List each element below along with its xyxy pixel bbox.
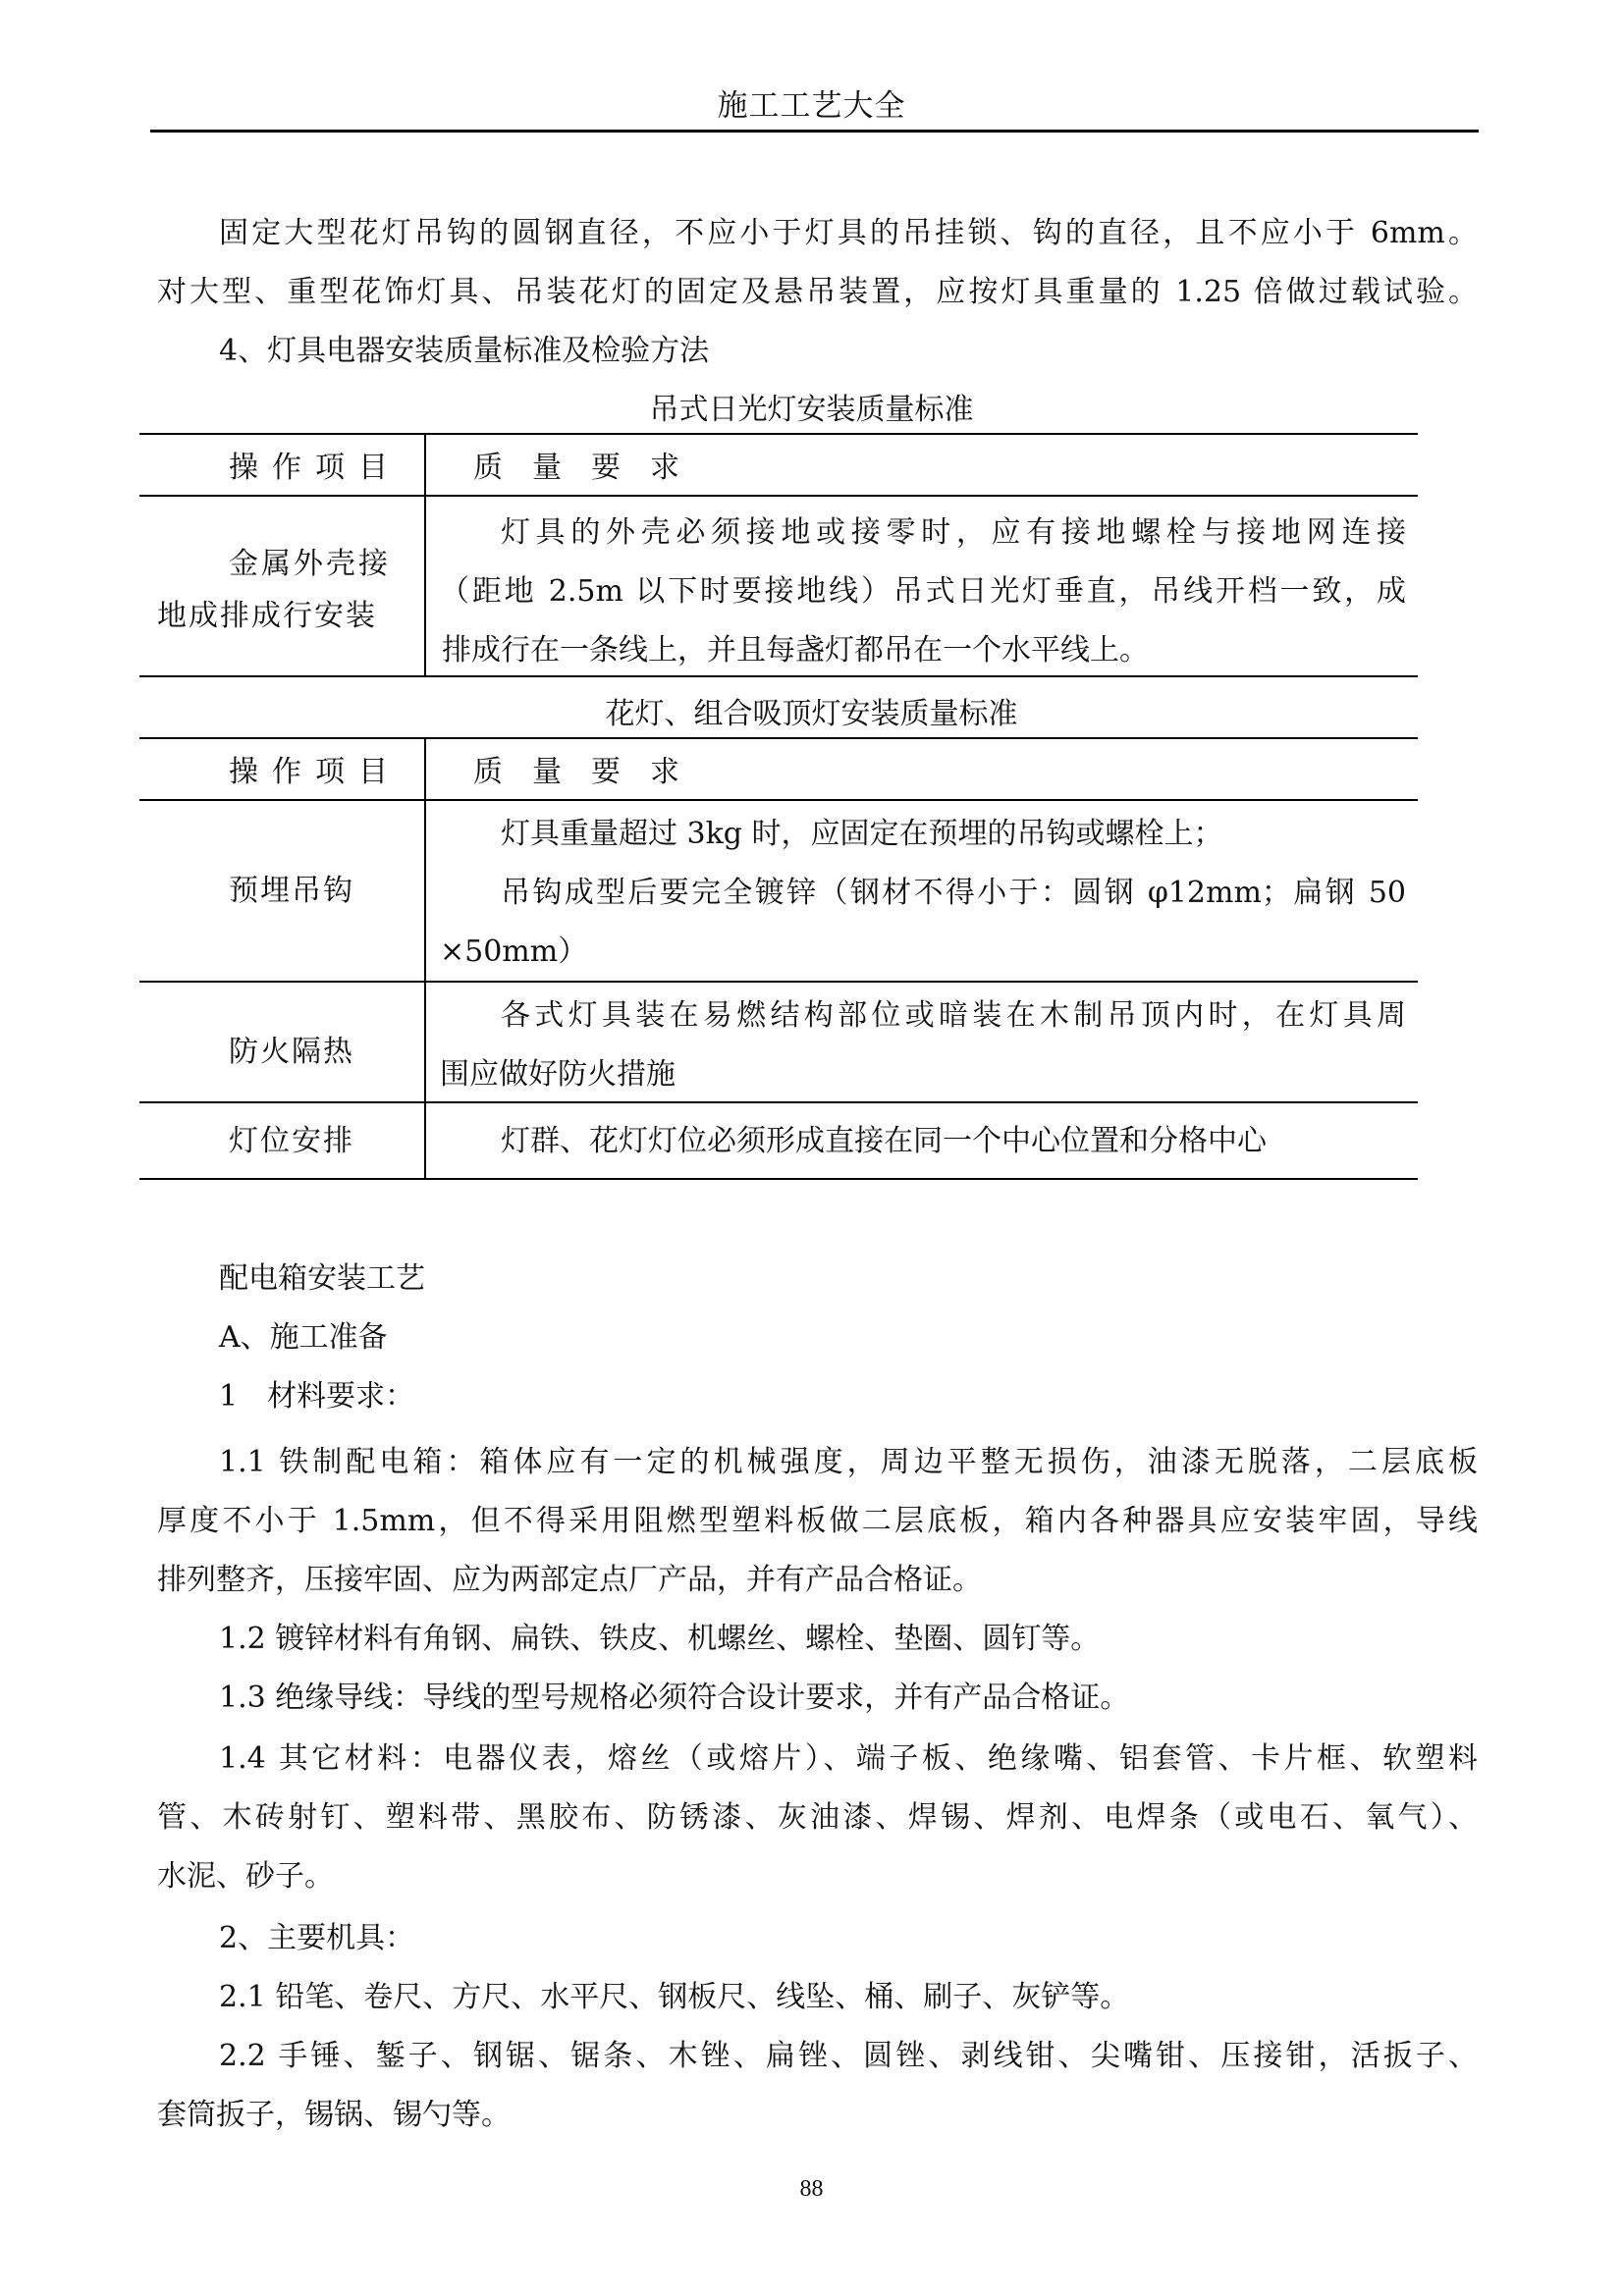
paragraph-line: 1.4 其它材料：电器仪表，熔丝（或熔片）、端子板、绝缘嘴、铝套管、卡片框、软塑…: [219, 1739, 1478, 1779]
column-divider: [424, 433, 426, 677]
paragraph-line: 厚度不小于 1.5mm，但不得采用阻燃型塑料板做二层底板，箱内各种器具应安装牢固…: [157, 1502, 1478, 1541]
table-rule: [139, 495, 1418, 497]
row-requirement-line: 灯具的外壳必须接地或接零时，应有接地螺栓与接地网连接: [501, 513, 1406, 553]
paragraph-line: 2.2 手锤、錾子、钢锯、锯条、木锉、扁锉、圆锉、剥线钳、尖嘴钳、压接钳，活扳子…: [219, 2037, 1478, 2076]
table-header-requirement: 质量要求: [473, 753, 709, 792]
table-rule: [139, 737, 1418, 739]
paragraph-line: 管、木砖射钉、塑料带、黑胶布、防锈漆、灰油漆、焊锡、焊剂、电焊条（或电石、氧气）…: [157, 1798, 1478, 1838]
row-requirement-line: 灯具重量超过 3kg 时，应固定在预埋的吊钩或螺栓上；: [501, 815, 1223, 854]
subsection-heading: A、施工准备: [219, 1318, 388, 1358]
table-rule: [139, 675, 1418, 677]
row-item-label: 防火隔热: [229, 1033, 354, 1072]
table-rule: [139, 799, 1418, 801]
row-requirement-line: 围应做好防火措施: [440, 1055, 676, 1095]
row-requirement-line: 各式灯具装在易燃结构部位或暗装在木制吊顶内时，在灯具周: [501, 996, 1406, 1036]
paragraph-line: 水泥、砂子。: [157, 1857, 334, 1896]
column-divider: [424, 737, 426, 1180]
table-caption: 花灯、组合吸顶灯安装质量标准: [0, 695, 1623, 734]
paragraph-line: 1.3 绝缘导线：导线的型号规格必须符合设计要求，并有产品合格证。: [219, 1679, 1129, 1718]
row-item-label: 预埋吊钩: [229, 872, 354, 911]
row-requirement-line: 排成行在一条线上，并且每盏灯都吊在一个水平线上。: [442, 631, 1149, 670]
row-item-label: 地成排成行安装: [157, 597, 377, 636]
table-rule: [139, 1178, 1418, 1180]
document-page: 施工工艺大全 固定大型花灯吊钩的圆钢直径，不应小于灯具的吊挂锁、钩的直径，且不应…: [0, 0, 1623, 2296]
paragraph-line: 1.2 镀锌材料有角钢、扁铁、铁皮、机螺丝、螺栓、垫圈、圆钉等。: [219, 1620, 1100, 1659]
table-rule: [139, 433, 1418, 435]
row-item-label: 金属外壳接: [229, 545, 391, 584]
table-caption: 吊式日光灯安装质量标准: [0, 391, 1623, 430]
intro-paragraph-line: 对大型、重型花饰灯具、吊装花灯的固定及悬吊装置，应按灯具重量的 1.25 倍做过…: [157, 273, 1478, 312]
paragraph-line: 排列整齐，压接牢固、应为两部定点厂产品，并有产品合格证。: [157, 1561, 982, 1600]
section-heading: 4、灯具电器安装质量标准及检验方法: [219, 332, 709, 371]
row-item-label: 灯位安排: [229, 1122, 354, 1161]
row-requirement-line: ×50mm）: [440, 933, 587, 972]
section-title: 配电箱安装工艺: [219, 1259, 425, 1299]
header-rule: [150, 130, 1479, 133]
item-heading: 1 材料要求：: [219, 1377, 414, 1416]
table-rule: [139, 1101, 1418, 1103]
page-number: 88: [0, 2174, 1623, 2204]
item-heading: 2、主要机具：: [219, 1919, 414, 1958]
table-rule: [139, 981, 1418, 983]
intro-paragraph-line: 固定大型花灯吊钩的圆钢直径，不应小于灯具的吊挂锁、钩的直径，且不应小于 6mm。: [219, 214, 1478, 253]
paragraph-line: 2.1 铅笔、卷尺、方尺、水平尺、钢板尺、线坠、桶、刷子、灰铲等。: [219, 1978, 1129, 2017]
running-header-title: 施工工艺大全: [0, 86, 1623, 126]
row-requirement-line: 吊钩成型后要完全镀锌（钢材不得小于：圆钢 φ12mm；扁钢 50: [501, 874, 1406, 913]
row-requirement-line: 灯群、花灯灯位必须形成直接在同一个中心位置和分格中心: [501, 1122, 1267, 1161]
table-header-requirement: 质量要求: [473, 449, 709, 488]
paragraph-line: 套筒扳子，锡锅、锡勺等。: [157, 2096, 511, 2135]
table-header-item: 操作项目: [229, 449, 402, 488]
paragraph-line: 1.1 铁制配电箱：箱体应有一定的机械强度，周边平整无损伤，油漆无脱落，二层底板: [219, 1443, 1478, 1482]
row-requirement-line: （距地 2.5m 以下时要接地线）吊式日光灯垂直，吊线开档一致，成: [440, 572, 1406, 612]
table-header-item: 操作项目: [229, 753, 402, 792]
